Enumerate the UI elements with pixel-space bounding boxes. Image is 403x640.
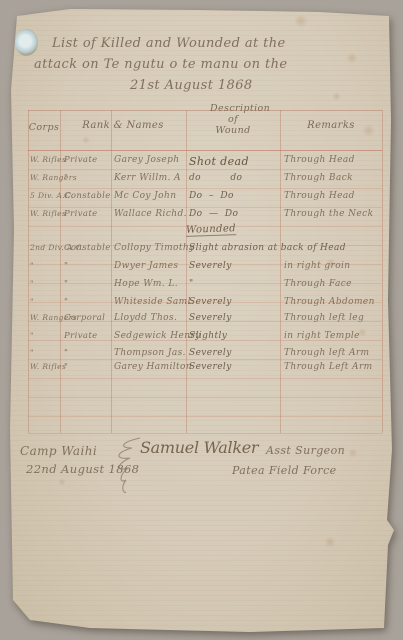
cell-corps: " — [30, 261, 34, 270]
cell-corps: " — [30, 331, 34, 340]
cell-wound: Severely — [189, 297, 232, 307]
cell-name: Thompson Jas. — [114, 348, 186, 358]
table-row: W. Rifles " Garey Hamilton Severely Thro… — [0, 362, 403, 378]
stain-spot — [346, 52, 358, 64]
cell-remarks: Through Head — [284, 191, 355, 201]
header-description-of-wound: Description of Wound — [210, 104, 256, 137]
cell-name: Sedgewick Henry — [114, 331, 201, 341]
cell-remarks: in right Temple — [284, 331, 360, 341]
cell-remarks: Through left leg — [284, 313, 364, 323]
cell-rank: Constable — [64, 191, 111, 201]
cell-wound: do do — [189, 173, 242, 183]
cell-wound: Do — Do — [189, 209, 238, 219]
cell-name: Mc Coy John — [114, 191, 176, 201]
cell-wound: Severely — [189, 348, 232, 358]
document-title-line3: 21st August 1868 — [130, 78, 253, 93]
cell-name: Collopy Timothy — [114, 243, 195, 253]
cell-corps: W. Rifles — [30, 155, 66, 164]
cell-rank: Corporal — [64, 313, 105, 323]
document-paper: List of Killed and Wounded at the attack… — [0, 0, 403, 640]
cell-corps: W. Rifles — [30, 209, 66, 218]
cell-name: Wallace Richd. — [114, 209, 187, 219]
table-row: 5 Div. A.C. Constable Mc Coy John Do – D… — [0, 191, 403, 207]
header-rank-names: Rank & Names — [60, 120, 186, 131]
table-row: " " Whiteside Saml. Severely Through Abd… — [0, 297, 403, 313]
cell-remarks: in right groin — [284, 261, 351, 271]
stain-spot — [324, 536, 336, 548]
stain-spot — [82, 136, 90, 144]
paper-shadow: List of Killed and Wounded at the attack… — [0, 0, 403, 640]
wounded-section-label: Wounded — [186, 223, 236, 237]
cell-rank: Constable — [64, 243, 111, 253]
cell-rank: Private — [64, 155, 98, 165]
table-row: W. Rangers " Kerr Willm. A do do Through… — [0, 173, 403, 189]
cell-corps: W. Rangers — [30, 173, 77, 182]
cell-name: Dwyer James — [114, 261, 178, 271]
cell-rank: Private — [64, 331, 98, 341]
cell-name: Lloydd Thos. — [114, 313, 177, 323]
cell-name: Whiteside Saml. — [114, 297, 194, 307]
cell-rank: " — [64, 261, 68, 271]
table-row: 2nd Div. A.C. Constable Collopy Timothy … — [0, 243, 403, 259]
cell-corps: " — [30, 348, 34, 357]
cell-rank: " — [64, 348, 68, 358]
signature-title: Asst Surgeon — [266, 444, 345, 457]
cell-wound: Severely — [189, 362, 232, 372]
table-row: " " Hope Wm. L. " Through Face — [0, 279, 403, 295]
header-corps: Corps — [24, 122, 64, 133]
cell-name: Kerr Willm. A — [114, 173, 181, 183]
cell-remarks: Through Back — [284, 173, 353, 183]
cell-rank: " — [64, 279, 68, 289]
cell-remarks: Through Abdomen — [284, 297, 375, 307]
table-border-top — [28, 110, 382, 111]
cell-wound: " — [189, 279, 194, 289]
cell-rank: Private — [64, 209, 98, 219]
table-header-underline — [28, 150, 382, 151]
document-title-line1: List of Killed and Wounded at the — [52, 36, 286, 51]
photo-background: List of Killed and Wounded at the attack… — [0, 0, 403, 640]
cell-wound: Severely — [189, 261, 232, 271]
cell-remarks: Through left Arm — [284, 348, 369, 358]
cell-wound: Slight abrasion at back of Head — [189, 243, 346, 253]
cell-wound: Shot dead — [189, 155, 249, 168]
cell-rank: " — [64, 362, 68, 372]
cell-corps: " — [30, 279, 34, 288]
table-row: " " Dwyer James Severely in right groin — [0, 261, 403, 277]
cell-rank: " — [64, 297, 68, 307]
cell-wound: Do – Do — [189, 191, 234, 201]
cell-corps: " — [30, 297, 34, 306]
cell-remarks: Through Left Arm — [284, 362, 373, 372]
cell-wound: Slightly — [189, 331, 227, 341]
cell-rank: " — [64, 173, 68, 183]
cell-corps: W. Rifles — [30, 362, 66, 371]
signature: Samuel Walker — [140, 438, 258, 457]
table-row: W. Rangers Corporal Lloydd Thos. Severel… — [0, 313, 403, 329]
document-title-line2: attack on Te ngutu o te manu on the — [34, 57, 287, 72]
header-remarks: Remarks — [280, 120, 382, 131]
cell-name: Garey Joseph — [114, 155, 179, 165]
cell-name: Garey Hamilton — [114, 362, 192, 372]
table-row: " Private Sedgewick Henry Slightly in ri… — [0, 331, 403, 347]
stain-spot — [58, 478, 66, 486]
cell-remarks: Through Head — [284, 155, 355, 165]
stain-spot — [348, 448, 358, 458]
cell-remarks: Through Face — [284, 279, 352, 289]
table-row: W. Rifles Private Wallace Richd. Do — Do… — [0, 209, 403, 225]
signature-unit: Patea Field Force — [232, 464, 337, 477]
stain-spot — [332, 92, 341, 101]
cell-name: Hope Wm. L. — [114, 279, 178, 289]
footer-place: Camp Waihi — [20, 444, 97, 458]
cell-remarks: Through the Neck — [284, 209, 373, 219]
stain-spot — [294, 14, 308, 28]
cell-wound: Severely — [189, 313, 232, 323]
table-row: W. Rifles Private Garey Joseph Shot dead… — [0, 155, 403, 171]
paper-hole — [15, 29, 38, 56]
table-border-bottom — [28, 433, 382, 434]
